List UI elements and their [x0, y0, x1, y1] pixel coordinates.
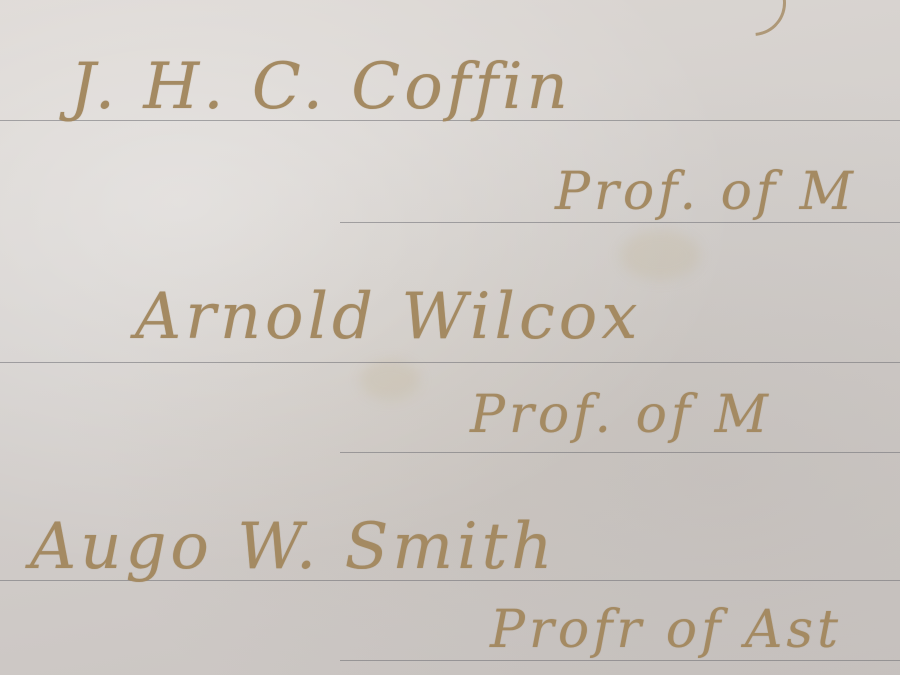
entry-3-name: Augo W. Smith	[30, 510, 557, 584]
ruled-line	[340, 222, 900, 223]
ruled-line	[340, 660, 900, 661]
ruled-line	[0, 362, 900, 363]
paper-stain	[620, 230, 700, 280]
entry-3-title: Profr of Ast	[490, 600, 842, 660]
ink-flourish	[707, 0, 800, 49]
ruled-line	[340, 452, 900, 453]
entry-2-name: Arnold Wilcox	[135, 280, 641, 354]
entry-1-title: Prof. of M	[555, 162, 857, 222]
entry-1-name: J. H. C. Coffin	[70, 50, 572, 124]
ledger-page: J. H. C. Coffin Prof. of M Arnold Wilcox…	[0, 0, 900, 675]
entry-2-title: Prof. of M	[470, 385, 772, 445]
paper-stain	[360, 360, 420, 400]
